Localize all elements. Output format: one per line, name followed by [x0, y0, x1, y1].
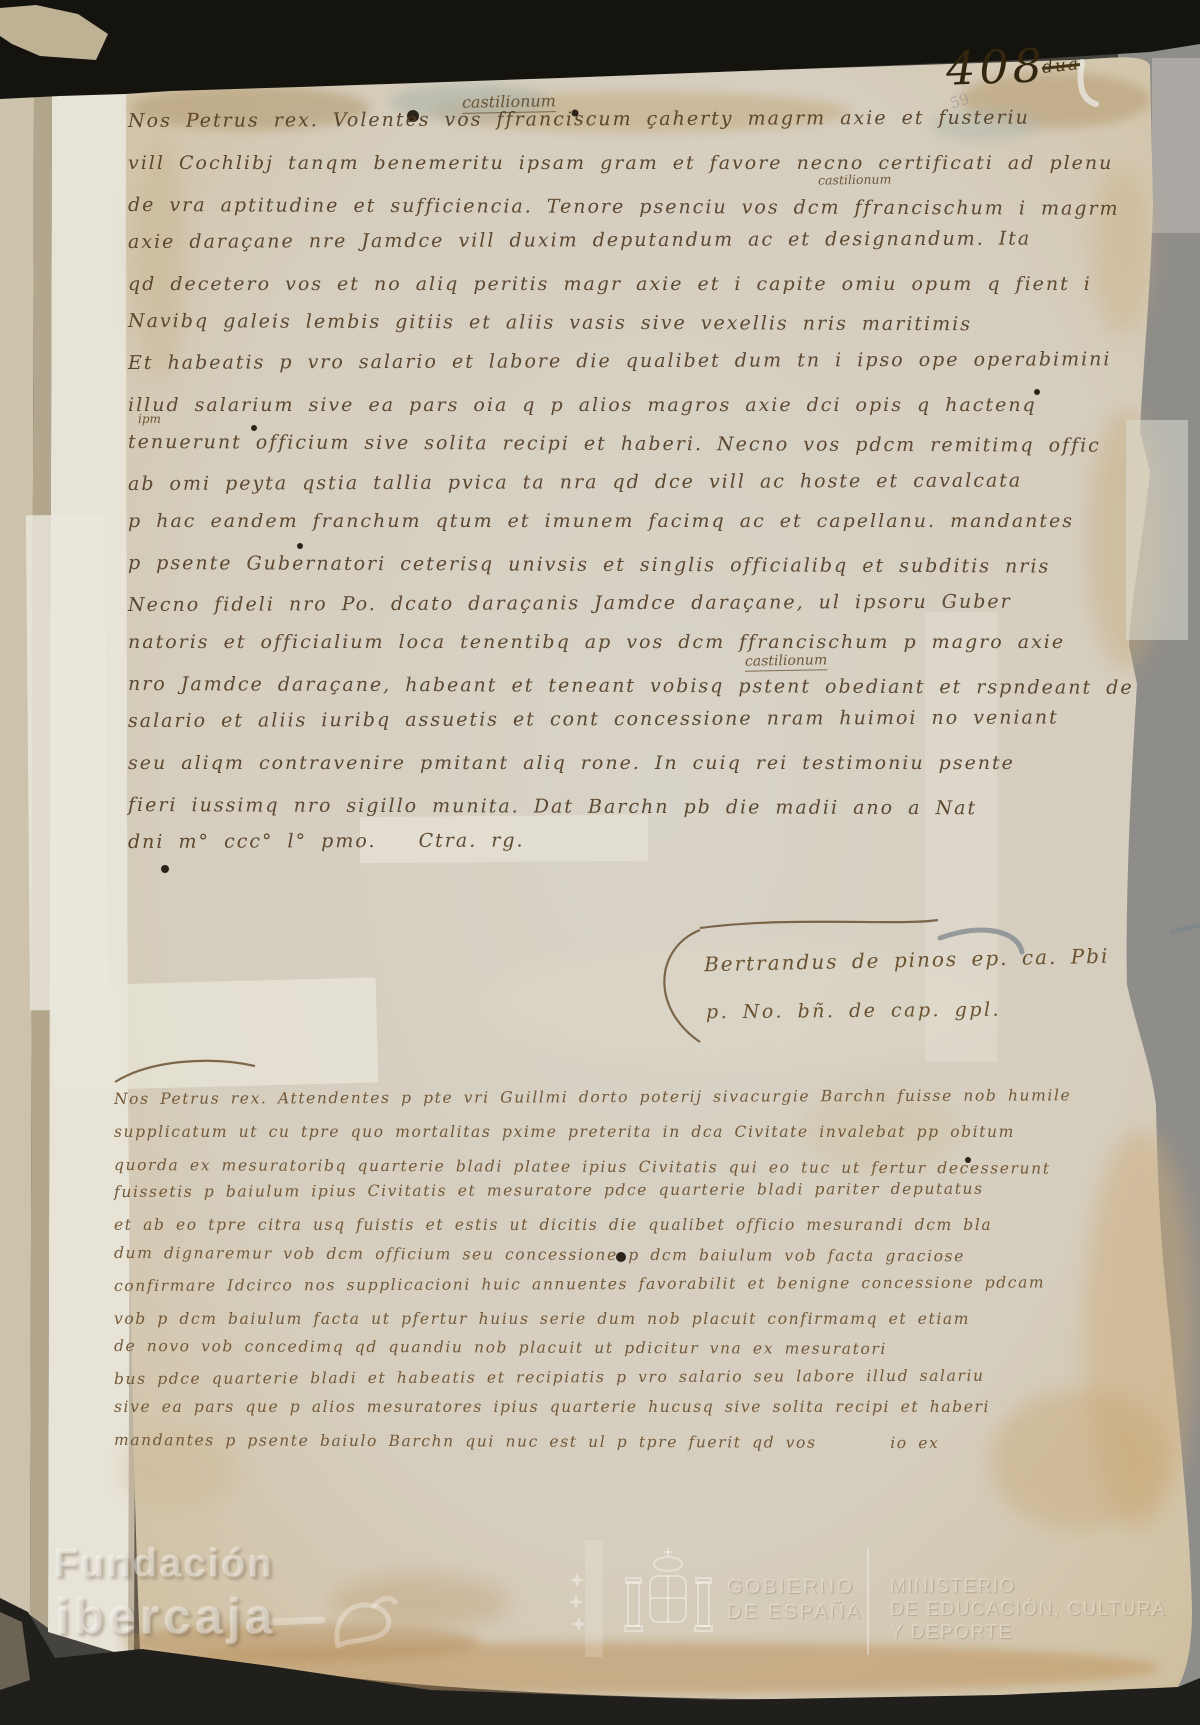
folio-number: 408 — [945, 38, 1047, 95]
watermark-ibercaja: ibercaja — [56, 1588, 277, 1646]
manuscript-page-scan: 408 dua 59 castilionum castilionum ipm c… — [0, 0, 1200, 1725]
signature-line-2: p. No. bñ. de cap. gpl. — [706, 999, 1001, 1024]
watermark-ministerio-line1: MINISTERIO — [890, 1576, 1016, 1598]
struck-annotation: dua — [1041, 54, 1081, 78]
heading-castilionum-mid: castilionum — [745, 652, 827, 671]
scan-background — [0, 0, 1200, 1725]
watermark-ministerio-line3: Y DEPORTE — [890, 1622, 1013, 1644]
watermark-gobierno-line2: DE ESPAÑA — [727, 1601, 863, 1624]
watermark-ministerio-line2: DE EDUCACIÓN, CULTURA — [890, 1599, 1166, 1621]
heading-castilionum-top: castilionum — [462, 91, 556, 114]
watermark-gobierno-line1: GOBIERNO — [727, 1576, 855, 1599]
backdrop-sheet-top-right — [1152, 58, 1200, 233]
heading-castilionum-line2: castilionum — [818, 171, 892, 187]
insertion-ipm: ipm — [138, 412, 161, 426]
watermark-fundacion: Fundación — [54, 1542, 274, 1587]
